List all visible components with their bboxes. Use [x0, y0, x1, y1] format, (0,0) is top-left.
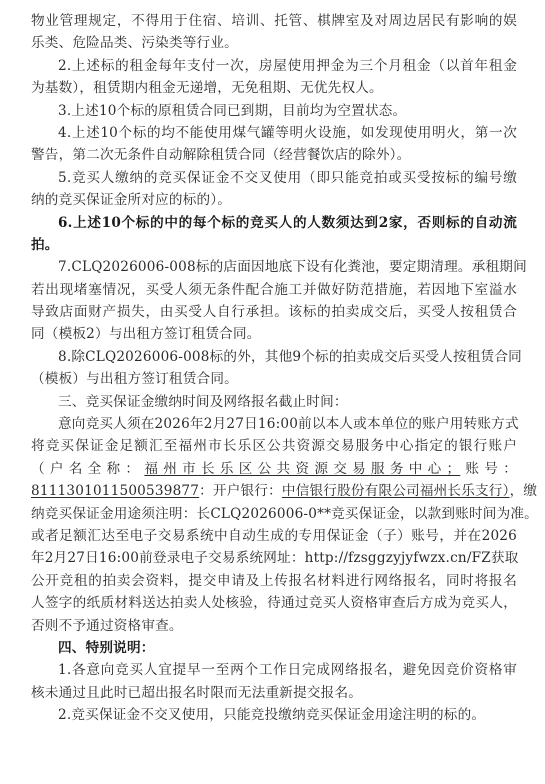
text-line: 将竞买保证金足额汇至福州市长乐区公共资源交易服务中心指定的银行账户 — [31, 435, 517, 457]
account-number-label: 账号： — [460, 461, 517, 477]
text-line: 2.竞买保证金不交叉使用，只能竞投缴纳竞买保证金用途注明的标的。 — [31, 704, 517, 726]
account-name: 福州市长乐区公共资源交易服务中心； — [144, 461, 460, 477]
text-line: 否则不予通过资格审查。 — [31, 615, 517, 637]
text-line: 同（模板2）与出租方签订租赁合同。 — [31, 323, 517, 345]
text-line: 若出现堵塞情况，买受人须无条件配合施工并做好防范措施，若因地下室溢水 — [31, 279, 517, 301]
bank-line: 811130101150053987​7：开户银行：中信银行股份有限公司福州长乐… — [31, 480, 517, 502]
text-line: 纳竞买保证金用途须注明：长CLQ2026006-0**竞买保证金，以款到账时间为… — [31, 503, 517, 525]
account-name-line: （户名全称：福州市长乐区公共资源交易服务中心；账号： — [31, 458, 517, 480]
text-line: 年2月27日16:00前登录电子交易系统网址：http://fzsggzyjyf… — [31, 547, 517, 569]
text-line: 意向竞买人须在2026年2月27日16:00前以本人或本单位的账户用转账方式 — [31, 413, 517, 435]
text-line: 核未通过且此时已超出报名时限而无法重新提交报名。 — [31, 682, 517, 704]
text-line: 四、特别说明： — [31, 637, 517, 659]
text-line: （模板）与出租方签订租赁合同。 — [31, 368, 517, 390]
text-line: 物业管理规定，不得用于住宿、培训、托管、棋牌室及对周边居民有影响的娱 — [31, 10, 517, 32]
text-line: 4.上述10个标的均不能使用煤气罐等明火设施，如发现使用明火，第一次 — [31, 122, 517, 144]
bank-line-suffix: ，缴 — [510, 483, 538, 499]
text-line: 纳的竞买保证金所对应的标的）。 — [31, 189, 517, 211]
text-line: 6.上述10个标的中的每个标的竞买人的人数须达到2家，否则标的自动流 — [31, 212, 517, 234]
text-line: 3.上述10个标的原租赁合同已到期，目前均为空置状态。 — [31, 100, 517, 122]
text-line: 5.竞买人缴纳的竞买保证金不交叉使用（即只能竞拍或买受按标的编号缴 — [31, 167, 517, 189]
text-line: 三、竞买保证金缴纳时间及网络报名截止时间： — [31, 391, 517, 413]
text-line: 警告，第二次无条件自动解除租赁合同（经营餐饮店的除外）。 — [31, 144, 517, 166]
bank-name: 中信银行股份有限公司福州长乐支行） — [282, 483, 510, 499]
text-line: 乐类、危险品类、污染类等行业。 — [31, 32, 517, 54]
document-body-part2: 纳竞买保证金用途须注明：长CLQ2026006-0**竞买保证金，以款到账时间为… — [31, 503, 517, 727]
text-line: 或者足额汇达至电子交易系统中自动生成的专用保证金（子）账号，并在2026 — [31, 525, 517, 547]
account-prefix: （户名全称： — [31, 461, 144, 477]
account-number: 811130101150053987​7 — [31, 483, 199, 499]
text-line: 1.各意向竞买人宜提早一至两个工作日完成网络报名，避免因竞价资格审 — [31, 659, 517, 681]
text-line: 公开竞租的拍卖会资料，提交申请及上传报名材料进行网络报名，同时将报名 — [31, 570, 517, 592]
text-line: 8.除CLQ2026006-008标的外，其他9个标的拍卖成交后买受人按租赁合同 — [31, 346, 517, 368]
text-line: 为基数），租赁期内租金无递增，无免租期、无优先权人。 — [31, 77, 517, 99]
bank-label: ：开户银行： — [199, 483, 282, 499]
text-line: 人签字的纸质材料送达拍卖人处核验，待通过竞买人资格审查后方成为竞买人， — [31, 592, 517, 614]
text-line: 拍。 — [31, 234, 517, 256]
text-line: 7.CLQ2026006-008标的店面因地底下设有化粪池，要定期清理。承租期间 — [31, 256, 517, 278]
document-body-part1: 物业管理规定，不得用于住宿、培训、托管、棋牌室及对周边居民有影响的娱乐类、危险品… — [31, 10, 517, 458]
text-line: 导致店面财产损失，由买受人自行承担。该标的拍卖成交后，买受人按租赁合 — [31, 301, 517, 323]
document-page: 物业管理规定，不得用于住宿、培训、托管、棋牌室及对周边居民有影响的娱乐类、危险品… — [31, 10, 517, 727]
text-line: 2.上述标的租金每年支付一次，房屋使用押金为三个月租金（以首年租金 — [31, 55, 517, 77]
